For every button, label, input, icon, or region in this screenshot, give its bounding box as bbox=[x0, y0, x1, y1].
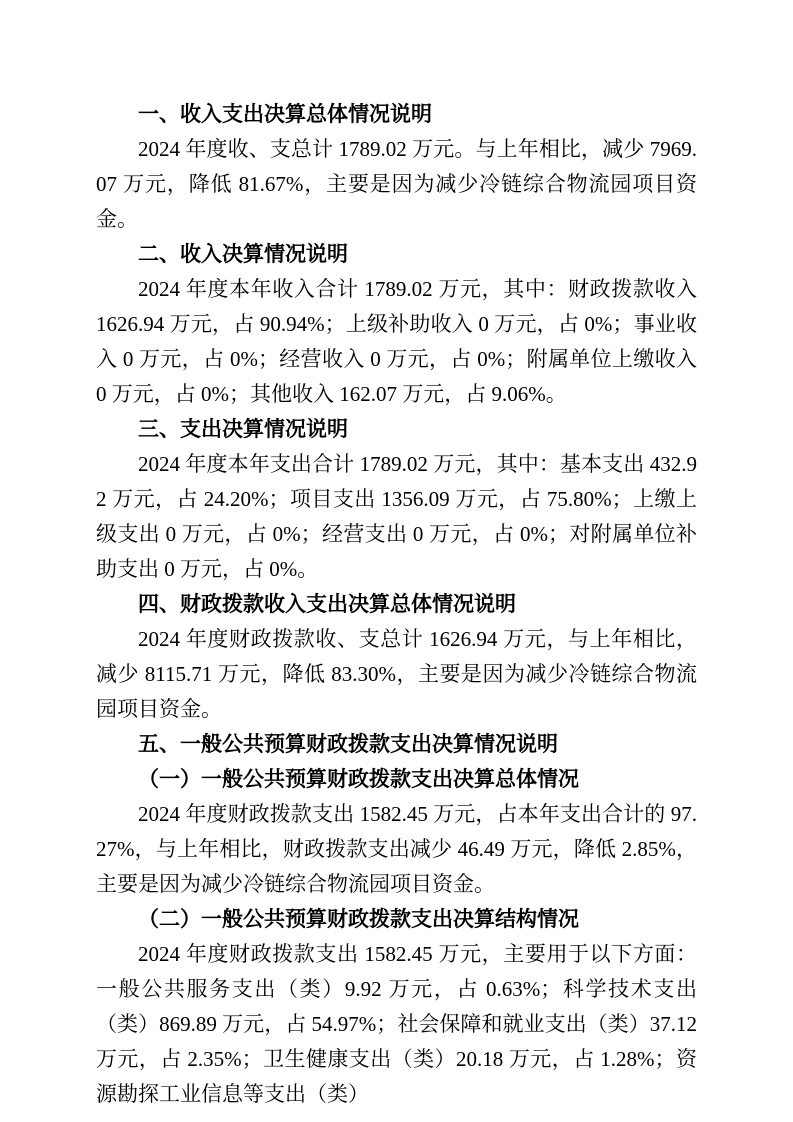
section-heading-expenditure-final-accounts: 三、支出决算情况说明 bbox=[96, 412, 697, 447]
section-heading-fiscal-appropriation-overall: 四、财政拨款收入支出决算总体情况说明 bbox=[96, 587, 697, 622]
paragraph-fiscal-appropriation-overall: 2024 年度财政拨款收、支总计 1626.94 万元，与上年相比，减少 811… bbox=[96, 622, 697, 727]
paragraph-income-final-accounts: 2024 年度本年收入合计 1789.02 万元，其中：财政拨款收入 1626.… bbox=[96, 272, 697, 412]
paragraph-income-expenditure-overall: 2024 年度收、支总计 1789.02 万元。与上年相比，减少 7969.07… bbox=[96, 132, 697, 237]
subsection-heading-general-public-budget-structure: （二）一般公共预算财政拨款支出决算结构情况 bbox=[96, 902, 697, 937]
paragraph-expenditure-final-accounts: 2024 年度本年支出合计 1789.02 万元，其中：基本支出 432.92 … bbox=[96, 447, 697, 587]
section-heading-income-expenditure-overall: 一、收入支出决算总体情况说明 bbox=[96, 97, 697, 132]
document-content: 一、收入支出决算总体情况说明 2024 年度收、支总计 1789.02 万元。与… bbox=[96, 97, 697, 1112]
section-heading-income-final-accounts: 二、收入决算情况说明 bbox=[96, 237, 697, 272]
subsection-heading-general-public-budget-overall: （一）一般公共预算财政拨款支出决算总体情况 bbox=[96, 762, 697, 797]
paragraph-general-public-budget-overall: 2024 年度财政拨款支出 1582.45 万元，占本年支出合计的 97.27%… bbox=[96, 797, 697, 902]
document-page: 一、收入支出决算总体情况说明 2024 年度收、支总计 1789.02 万元。与… bbox=[0, 0, 793, 1122]
section-heading-general-public-budget-expenditure: 五、一般公共预算财政拨款支出决算情况说明 bbox=[96, 727, 697, 762]
paragraph-general-public-budget-structure: 2024 年度财政拨款支出 1582.45 万元，主要用于以下方面：一般公共服务… bbox=[96, 937, 697, 1112]
